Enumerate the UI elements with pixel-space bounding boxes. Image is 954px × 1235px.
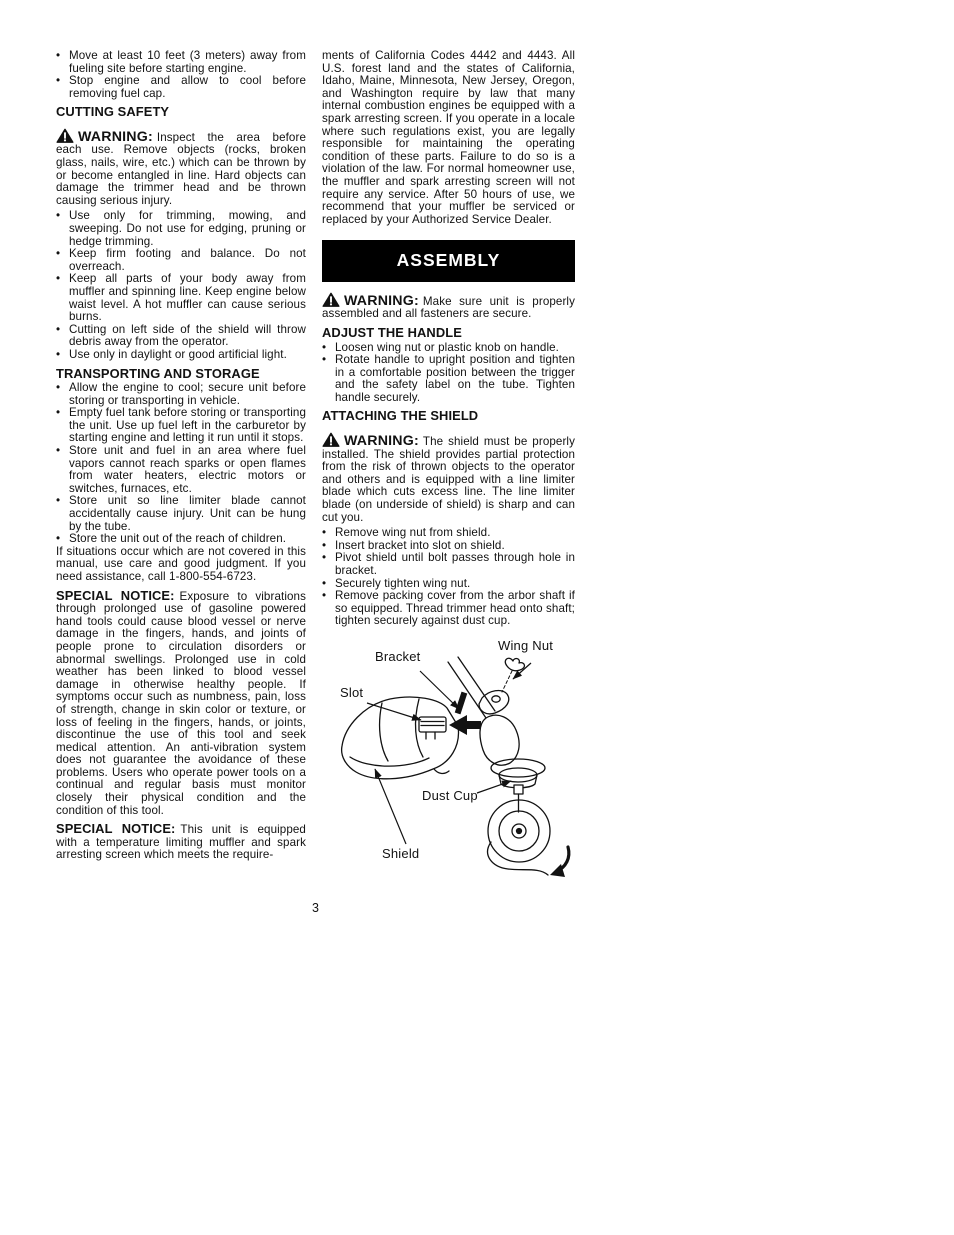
warning-triangle-icon <box>322 432 340 447</box>
left-column: Move at least 10 feet (3 meters) away fr… <box>56 50 306 864</box>
shield-assembly-diagram: Bracket Wing Nut Slot Dust Cup Shield <box>322 634 575 882</box>
warning-triangle-icon <box>322 292 340 307</box>
paragraph-assistance: If situations occur which are not covere… <box>56 546 306 584</box>
list-item-text: Use only in daylight or good artificial … <box>69 349 306 362</box>
section-heading-adjust-handle: ADJUST THE HANDLE <box>322 326 575 341</box>
list-item: Store unit and fuel in an area where fue… <box>56 445 306 495</box>
bullet-icon <box>322 527 335 540</box>
list-item-text: Empty fuel tank before storing or transp… <box>69 407 306 445</box>
list-item: Use only in daylight or good artificial … <box>56 349 306 362</box>
diagram-label-dust-cup: Dust Cup <box>422 788 478 803</box>
warning-block: WARNING:Make sure unit is properly assem… <box>322 292 575 321</box>
warning-text: The shield must be properly installed. T… <box>322 435 575 524</box>
special-notice-label: SPECIAL NOTICE: <box>56 821 175 836</box>
warning-triangle-icon <box>56 128 74 143</box>
trimmer-illustration <box>322 634 575 882</box>
assembly-banner: ASSEMBLY <box>322 240 575 282</box>
bullet-icon <box>56 273 69 323</box>
warning-label: WARNING: <box>344 293 419 309</box>
list-item: Keep all parts of your body away from mu… <box>56 273 306 323</box>
list-item-text: Move at least 10 feet (3 meters) away fr… <box>69 50 306 75</box>
bullet-icon <box>56 533 69 546</box>
diagram-label-bracket: Bracket <box>375 649 420 664</box>
special-notice-label: SPECIAL NOTICE: <box>56 588 175 603</box>
bullet-icon <box>56 445 69 495</box>
manual-page: Move at least 10 feet (3 meters) away fr… <box>0 0 954 1235</box>
list-item-text: Rotate handle to upright position and ti… <box>335 354 575 404</box>
list-item-text: Store unit and fuel in an area where fue… <box>69 445 306 495</box>
list-item: Allow the engine to cool; secure unit be… <box>56 382 306 407</box>
bullet-icon <box>322 552 335 577</box>
bullet-icon <box>56 495 69 533</box>
list-item-text: Stop engine and allow to cool before rem… <box>69 75 306 100</box>
section-heading-attaching-shield: ATTACHING THE SHIELD <box>322 409 575 424</box>
bullet-icon <box>322 354 335 404</box>
list-item-text: Remove packing cover from the arbor shaf… <box>335 590 575 628</box>
bullet-icon <box>322 590 335 628</box>
bullet-icon <box>56 324 69 349</box>
list-item-text: Remove wing nut from shield. <box>335 527 575 540</box>
bullet-icon <box>56 407 69 445</box>
list-item: Rotate handle to upright position and ti… <box>322 354 575 404</box>
bullet-icon <box>56 382 69 407</box>
section-heading-cutting-safety: CUTTING SAFETY <box>56 105 306 120</box>
warning-label: WARNING: <box>344 433 419 449</box>
list-item: Move at least 10 feet (3 meters) away fr… <box>56 50 306 75</box>
list-item-text: Allow the engine to cool; secure unit be… <box>69 382 306 407</box>
special-notice-muffler: SPECIAL NOTICE:This unit is equipped wit… <box>56 823 306 862</box>
list-item: Empty fuel tank before storing or transp… <box>56 407 306 445</box>
diagram-label-slot: Slot <box>340 685 363 700</box>
bullet-icon <box>56 75 69 100</box>
section-heading-transporting-storage: TRANSPORTING AND STORAGE <box>56 367 306 382</box>
warning-label: WARNING: <box>78 129 153 145</box>
special-notice-text: Exposure to vibrations through prolonged… <box>56 590 306 817</box>
list-item: Remove packing cover from the arbor shaf… <box>322 590 575 628</box>
paragraph-regulations: ments of California Codes 4442 and 4443.… <box>322 50 575 226</box>
bullet-icon <box>56 349 69 362</box>
right-column: ments of California Codes 4442 and 4443.… <box>322 50 575 882</box>
list-item-text: Store the unit out of the reach of child… <box>69 533 306 546</box>
list-item: Keep firm footing and balance. Do not ov… <box>56 248 306 273</box>
page-number: 3 <box>56 901 575 915</box>
bullet-icon <box>56 248 69 273</box>
list-item: Store the unit out of the reach of child… <box>56 533 306 546</box>
warning-block: WARNING:The shield must be properly inst… <box>322 432 575 524</box>
list-item-text: Keep firm footing and balance. Do not ov… <box>69 248 306 273</box>
list-item-text: Store unit so line limiter blade cannot … <box>69 495 306 533</box>
list-item: Cutting on left side of the shield will … <box>56 324 306 349</box>
bullet-icon <box>56 210 69 248</box>
special-notice-vibration: SPECIAL NOTICE:Exposure to vibrations th… <box>56 590 306 818</box>
warning-block: WARNING:Inspect the area before each use… <box>56 128 306 208</box>
bullet-icon <box>56 50 69 75</box>
list-item-text: Cutting on left side of the shield will … <box>69 324 306 349</box>
list-item-text: Keep all parts of your body away from mu… <box>69 273 306 323</box>
list-item: Store unit so line limiter blade cannot … <box>56 495 306 533</box>
list-item: Stop engine and allow to cool before rem… <box>56 75 306 100</box>
list-item: Use only for trimming, mowing, and sweep… <box>56 210 306 248</box>
list-item: Pivot shield until bolt passes through h… <box>322 552 575 577</box>
list-item-text: Pivot shield until bolt passes through h… <box>335 552 575 577</box>
diagram-label-wing-nut: Wing Nut <box>498 638 553 653</box>
list-item: Remove wing nut from shield. <box>322 527 575 540</box>
list-item-text: Use only for trimming, mowing, and sweep… <box>69 210 306 248</box>
diagram-label-shield: Shield <box>382 846 419 861</box>
